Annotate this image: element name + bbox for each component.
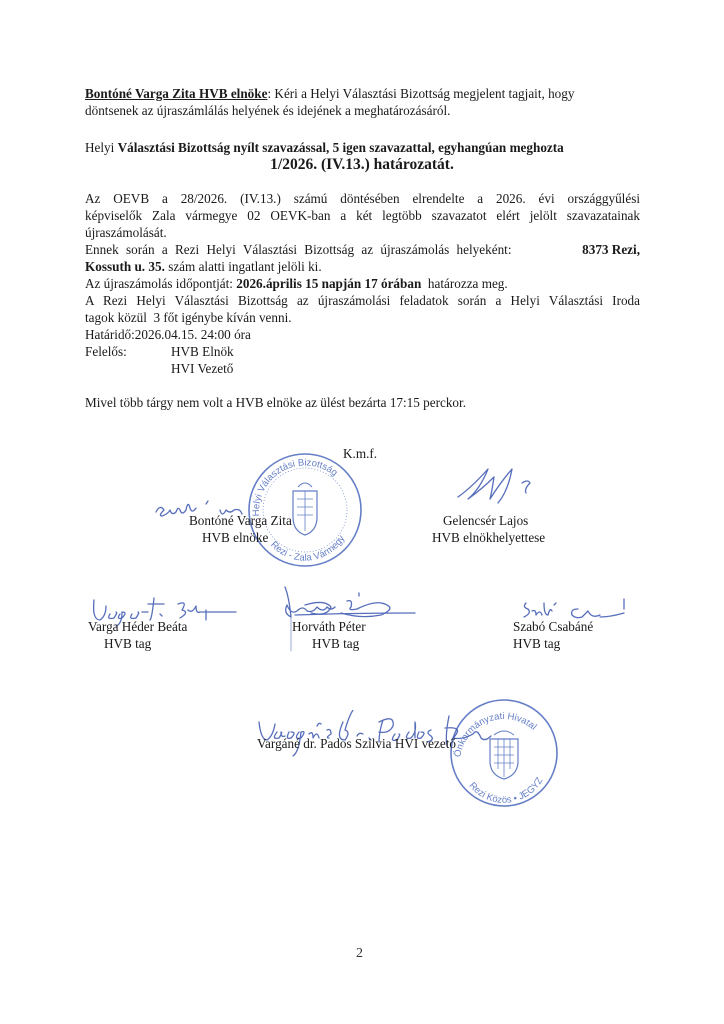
body-p1-l3: újraszámolását. (85, 225, 167, 242)
signer-role-4: HVB tag (312, 636, 359, 653)
signer-name-6: Vargáné dr. Pados Szilvia HVI vezető (257, 736, 456, 753)
body-p2-l2: Kossuth u. 35. szám alatti ingatlant jel… (85, 259, 322, 276)
signer-name-4: Horváth Péter (292, 619, 366, 636)
body-p2-l1: Ennek során a Rezi Helyi Választási Bizo… (85, 242, 640, 259)
page-number: 2 (356, 946, 363, 962)
responsible-1: HVB Elnök (171, 344, 234, 361)
signature-gelencser-icon (450, 455, 550, 515)
signer-name-3: Varga Héder Beáta (88, 619, 187, 636)
responsible-label: Felelős: (85, 344, 127, 361)
closing-text: Mivel több tárgy nem volt a HVB elnöke a… (85, 395, 466, 412)
signer-role-2: HVB elnökhelyettese (432, 530, 545, 547)
body-p1-l1: Az OEVB a 28/2026. (IV.13.) számú döntés… (85, 191, 640, 208)
body-p4-l1: A Rezi Helyi Választási Bizottság az újr… (85, 293, 640, 310)
signer-name-2: Gelencsér Lajos (443, 513, 528, 530)
signer-role-1: HVB elnöke (202, 530, 268, 547)
deadline: Határidő:2026.04.15. 24:00 óra (85, 327, 251, 344)
body-p1-l2: képviselők Zala vármegye 02 OEVK-ban a k… (85, 208, 640, 225)
decision-number: 1/2026. (IV.13.) határozatát. (0, 155, 724, 175)
signer-role-3: HVB tag (104, 636, 151, 653)
signer-name-5: Szabó Csabáné (513, 619, 593, 636)
signer-role-5: HVB tag (513, 636, 560, 653)
responsible-2: HVI Vezető (171, 361, 233, 378)
intro-line-2: döntsenek az újraszámlálás helyének és i… (85, 103, 450, 120)
intro-line-1: Bontóné Varga Zita HVB elnöke: Kéri a He… (85, 86, 574, 103)
body-p4-l2: tagok közül 3 főt igénybe kíván venni. (85, 310, 292, 327)
speaker-name: Bontóné Varga Zita HVB elnöke (85, 86, 267, 101)
body-p3: Az újraszámolás időpontját: 2026.április… (85, 276, 508, 293)
signer-name-1: Bontóné Varga Zita (189, 513, 292, 530)
